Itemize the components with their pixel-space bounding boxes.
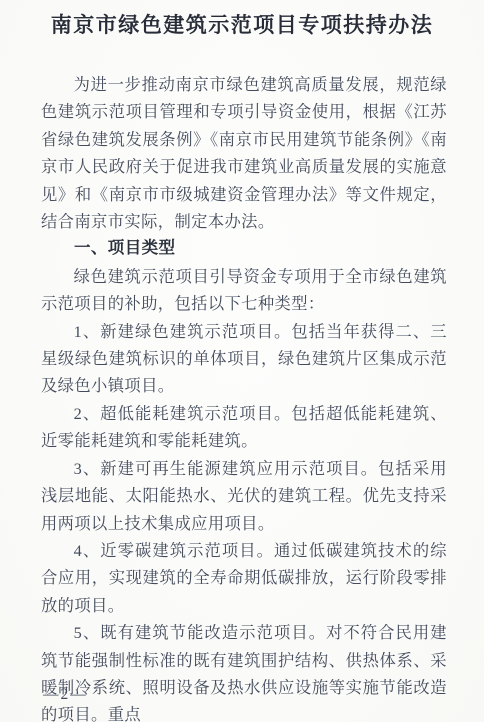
page-number: —2—	[43, 686, 88, 704]
item-5-existing-building-retrofit: 5、既有建筑节能改造示范项目。对不符合民用建筑节能强制性标准的既有建筑围护结构、…	[41, 619, 447, 722]
item-2-ultra-low-energy: 2、超低能耗建筑示范项目。包括超低能耗建筑、近零能耗建筑和零能耗建筑。	[41, 400, 447, 455]
item-3-renewable-energy: 3、新建可再生能源建筑应用示范项目。包括采用浅层地能、太阳能热水、光伏的建筑工程…	[41, 455, 447, 537]
section-heading-project-types: 一、项目类型	[41, 235, 447, 262]
document-page: 南京市绿色建筑示范项目专项扶持办法 为进一步推动南京市绿色建筑高质量发展，规范绿…	[0, 0, 484, 722]
section-intro-paragraph: 绿色建筑示范项目引导资金专项用于全市绿色建筑示范项目的补助，包括以下七种类型：	[41, 263, 447, 318]
page-title: 南京市绿色建筑示范项目专项扶持办法	[0, 0, 484, 40]
item-4-near-zero-carbon: 4、近零碳建筑示范项目。通过低碳建筑技术的综合应用，实现建筑的全寿命期低碳排放，…	[41, 537, 447, 619]
document-body: 为进一步推动南京市绿色建筑高质量发展，规范绿色建筑示范项目管理和专项引导资金使用…	[41, 71, 447, 722]
item-1-new-green-building: 1、新建绿色建筑示范项目。包括当年获得二、三星级绿色建筑标识的单体项目，绿色建筑…	[41, 318, 447, 400]
preamble-paragraph: 为进一步推动南京市绿色建筑高质量发展，规范绿色建筑示范项目管理和专项引导资金使用…	[41, 71, 447, 235]
